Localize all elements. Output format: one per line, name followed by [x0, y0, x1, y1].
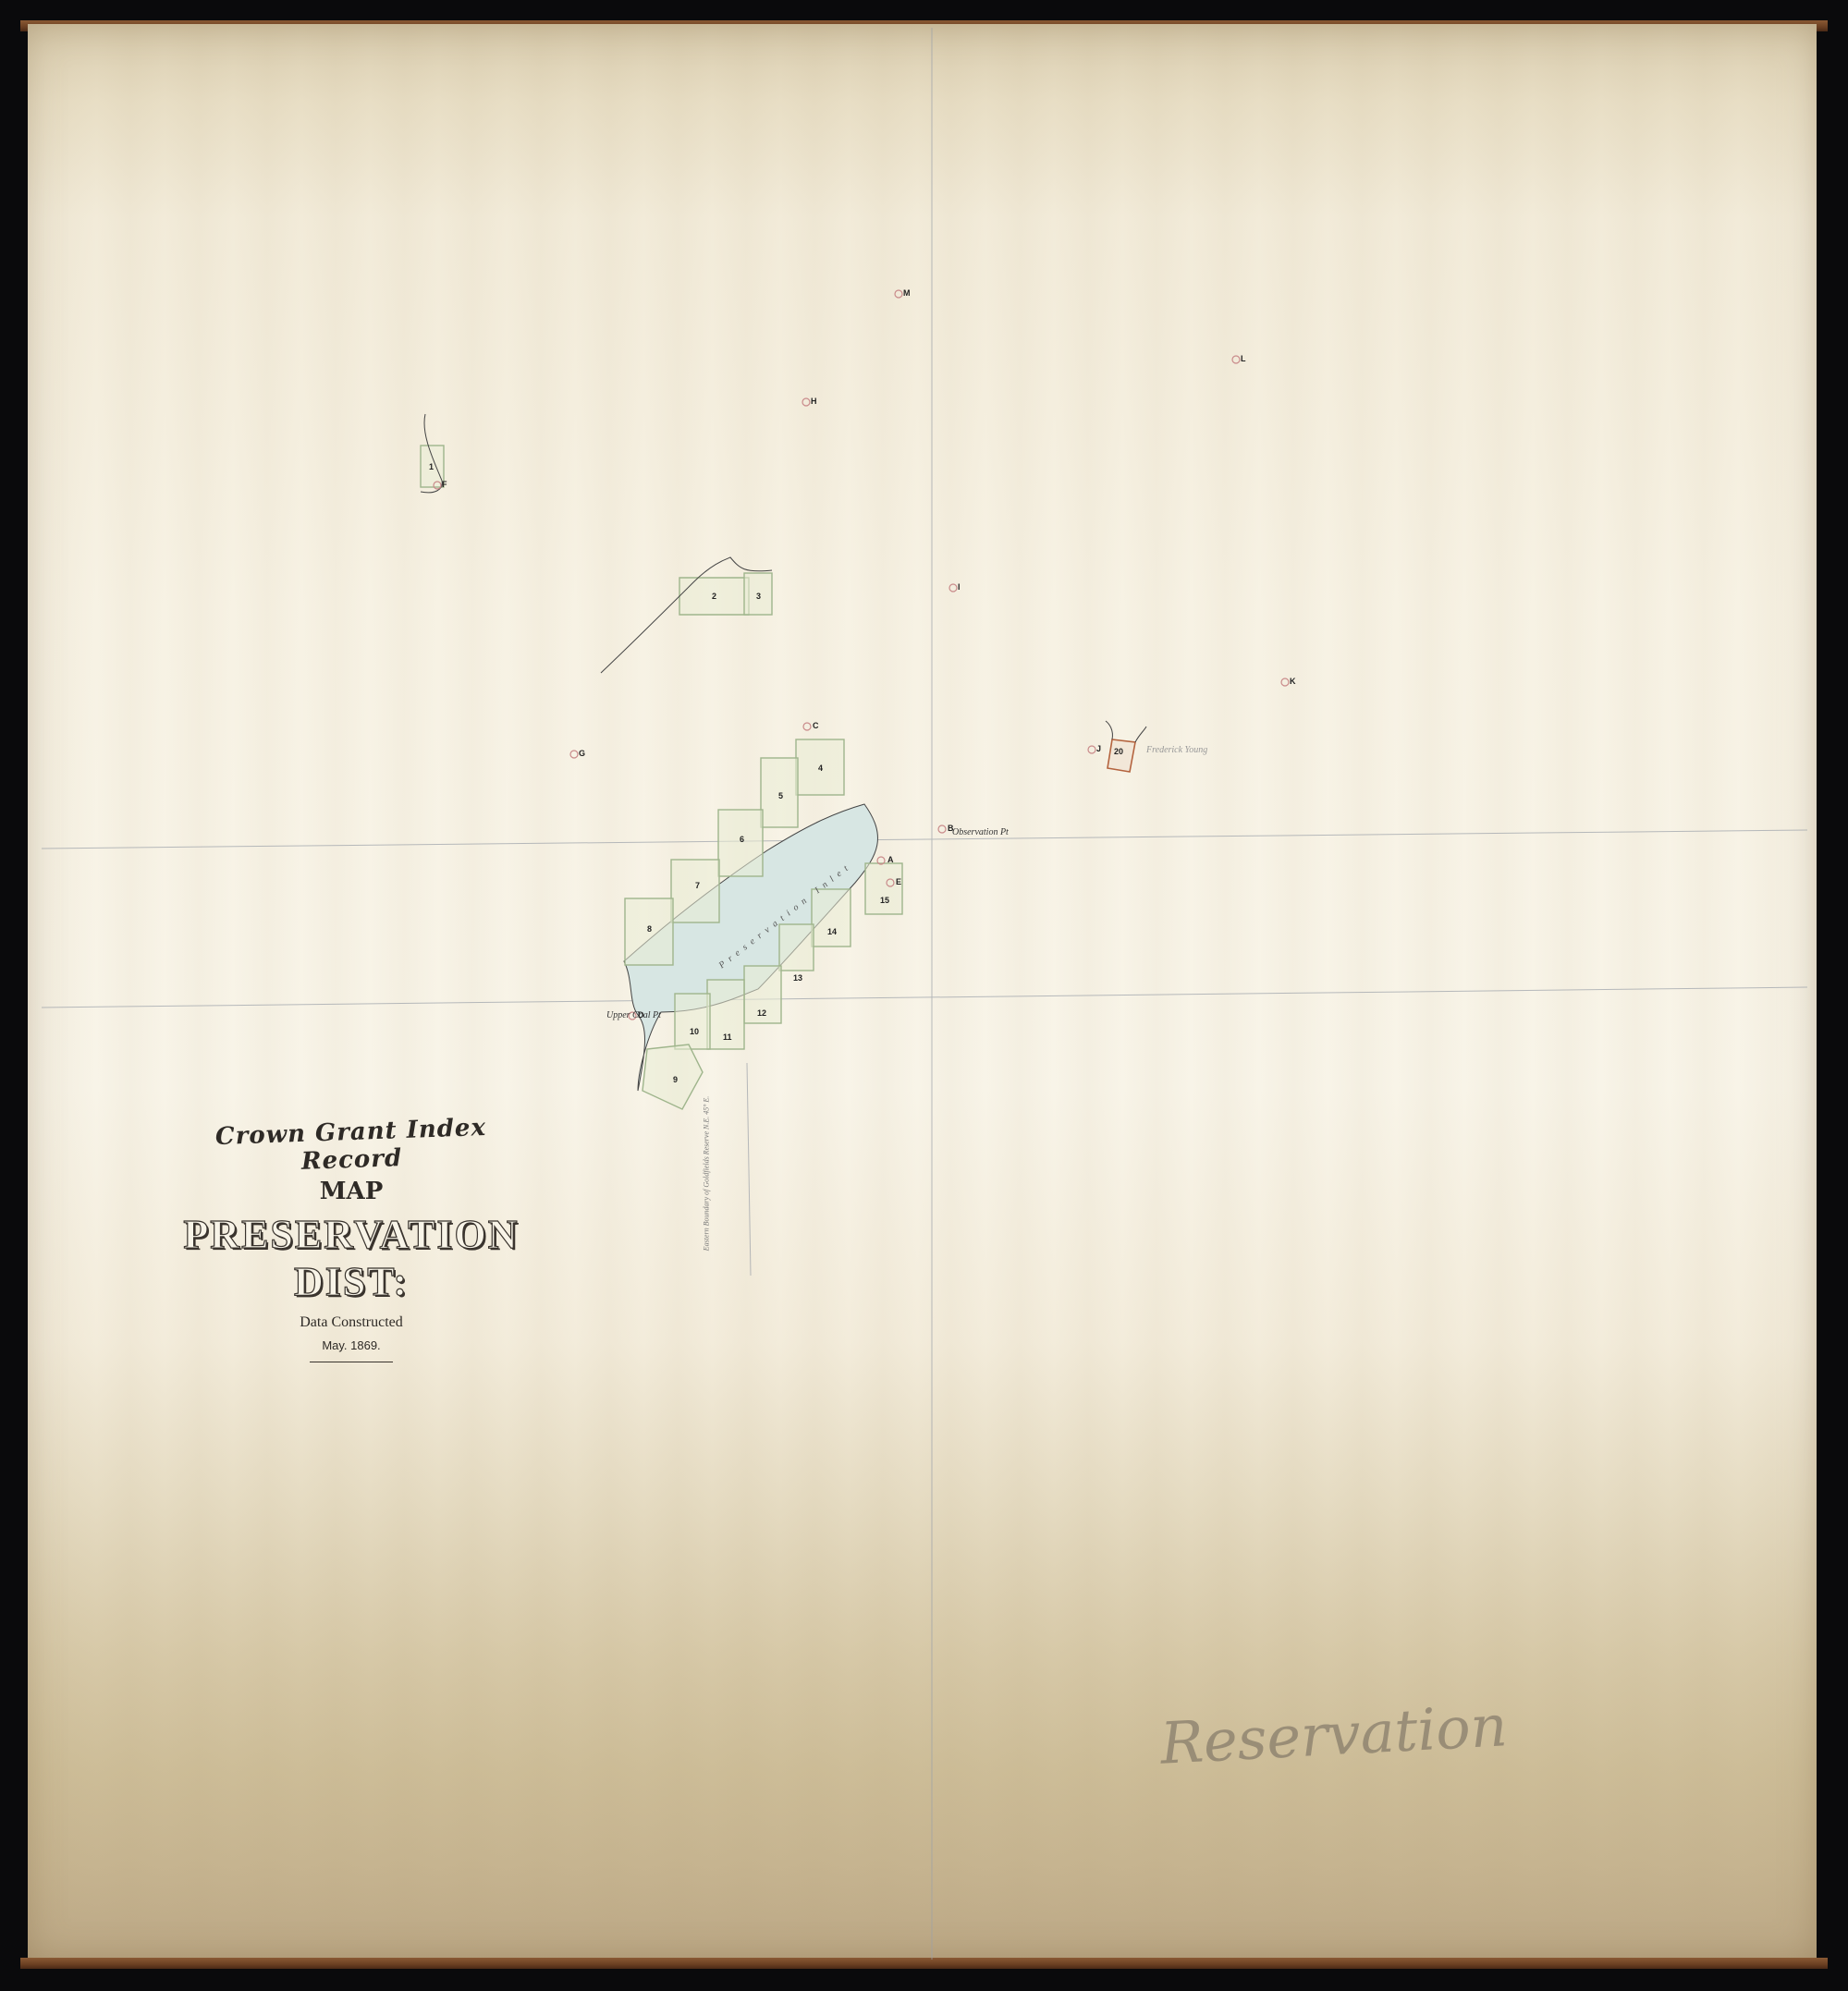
lot-number: 1 [429, 462, 434, 471]
title-cartouche: Crown Grant Index Record MAP PRESERVATIO… [176, 1118, 527, 1362]
station-label: M [903, 288, 911, 298]
boundary-note: Eastern Boundary of Goldfields Reserve N… [702, 1096, 710, 1252]
lot-number: 7 [695, 881, 700, 890]
survey-grid [42, 28, 1807, 1960]
lot-number: 2 [712, 592, 716, 601]
upper-coal-point-label: Upper Coal Pt [606, 1010, 661, 1020]
subtitle: Data Constructed [176, 1314, 527, 1331]
lot-number: 15 [880, 896, 889, 905]
station-label: H [811, 397, 817, 406]
lot-number: 6 [740, 835, 744, 844]
lot-number: 10 [690, 1027, 699, 1036]
observation-point-label: Observation Pt [952, 827, 1009, 837]
title-line1: Crown Grant Index Record [175, 1112, 528, 1179]
station-label: A [887, 855, 894, 864]
station-label: I [958, 582, 961, 592]
station-label: G [579, 749, 585, 758]
lot-owner: Frederick Young [1146, 745, 1207, 755]
lot-number: 14 [827, 927, 837, 936]
lot-number: 3 [756, 592, 761, 601]
lot-number: 13 [793, 973, 802, 983]
map-drawing [0, 0, 1848, 1991]
lot-number: 11 [723, 1032, 732, 1042]
station-label: L [1241, 354, 1246, 363]
lot-number: 5 [778, 791, 783, 800]
survey-stations [434, 290, 1289, 1020]
district-title: PRESERVATION DIST: [176, 1211, 527, 1305]
lot-number: 8 [647, 924, 652, 934]
date: May. 1869. [176, 1338, 527, 1352]
lot-number: 9 [673, 1075, 678, 1084]
station-label: E [896, 877, 901, 886]
divider [310, 1362, 393, 1362]
station-label: F [442, 480, 447, 489]
title-map: MAP [176, 1178, 527, 1205]
lot-number: 12 [757, 1008, 766, 1018]
station-label: C [813, 721, 819, 730]
station-label: K [1290, 677, 1296, 686]
lot-number: 4 [818, 763, 823, 773]
lot-number: 20 [1114, 747, 1123, 756]
station-label: J [1096, 744, 1101, 753]
